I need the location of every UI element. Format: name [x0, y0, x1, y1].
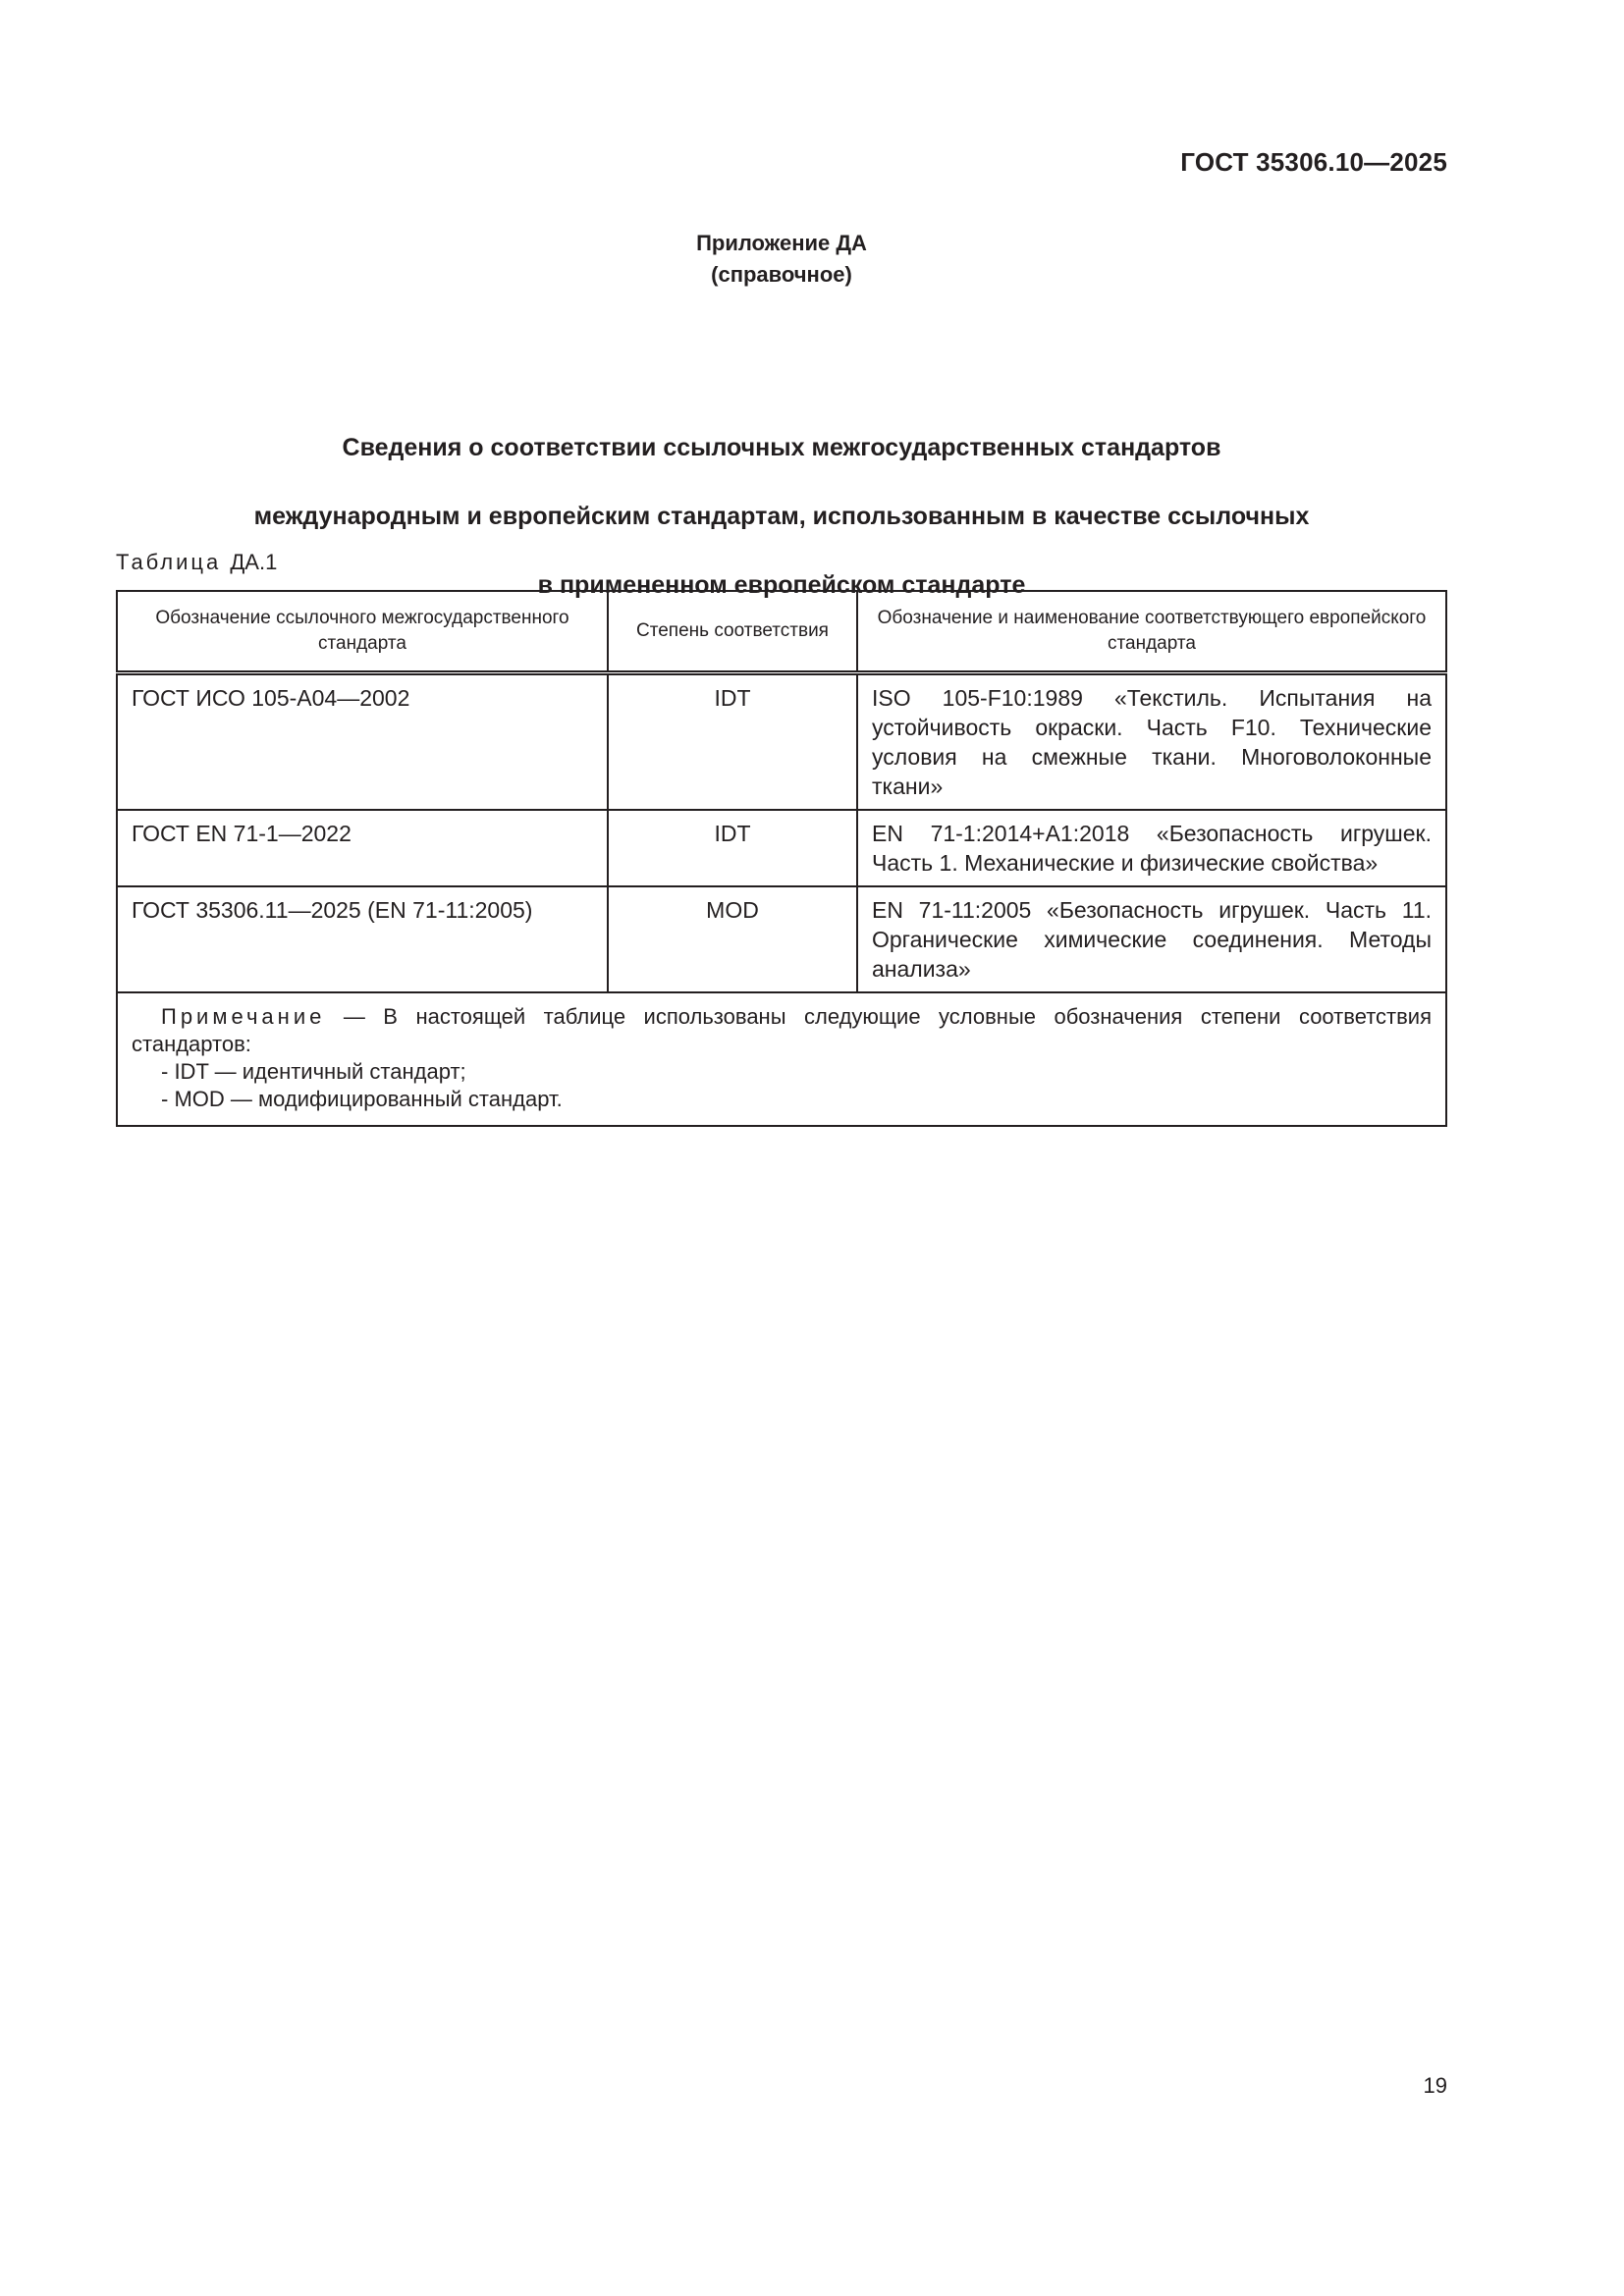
cell-european-standard: EN 71-11:2005 «Безопасность игрушек. Час…: [857, 886, 1446, 992]
section-title-line-2: международным и европейским стандартам, …: [0, 500, 1563, 534]
cell-ref-standard: ГОСТ ИСО 105-А04—2002: [117, 673, 608, 811]
appendix-title: Приложение ДА: [0, 228, 1563, 259]
note-paragraph: Примечание — В настоящей таблице использ…: [132, 1003, 1432, 1058]
appendix-heading: Приложение ДА (справочное): [0, 228, 1563, 291]
note-lead: Примечание: [161, 1004, 325, 1029]
table-row: ГОСТ EN 71-1—2022 IDT EN 71-1:2014+A1:20…: [117, 810, 1446, 886]
appendix-type: (справочное): [0, 259, 1563, 291]
cell-european-standard: EN 71-1:2014+A1:2018 «Безопасность игруш…: [857, 810, 1446, 886]
table-note: Примечание — В настоящей таблице использ…: [117, 992, 1446, 1126]
table-caption: Таблица ДА.1: [116, 550, 277, 575]
correspondence-table: Обозначение ссылочного межгосударственно…: [116, 590, 1447, 1127]
cell-european-standard: ISO 105-F10:1989 «Текстиль. Испытания на…: [857, 673, 1446, 811]
cell-degree: MOD: [608, 886, 857, 992]
column-header-ref-standard: Обозначение ссылочного межгосударственно…: [117, 591, 608, 673]
section-title-line-1: Сведения о соответствии ссылочных межгос…: [0, 431, 1563, 465]
note-item: - IDT — идентичный стандарт;: [132, 1058, 1432, 1086]
cell-degree: IDT: [608, 673, 857, 811]
note-item: - MOD — модифицированный стандарт.: [132, 1086, 1432, 1113]
table-row: ГОСТ ИСО 105-А04—2002 IDT ISO 105-F10:19…: [117, 673, 1446, 811]
document-code: ГОСТ 35306.10—2025: [1180, 147, 1447, 178]
note-list: - IDT — идентичный стандарт; - MOD — мод…: [132, 1058, 1432, 1113]
cell-ref-standard: ГОСТ 35306.11—2025 (EN 71-11:2005): [117, 886, 608, 992]
table-row: ГОСТ 35306.11—2025 (EN 71-11:2005) MOD E…: [117, 886, 1446, 992]
note-text: — В настоящей таблице использованы следу…: [132, 1004, 1432, 1056]
table-note-row: Примечание — В настоящей таблице использ…: [117, 992, 1446, 1126]
cell-degree: IDT: [608, 810, 857, 886]
table-caption-label: Таблица: [116, 550, 221, 574]
page-number: 19: [1424, 2073, 1447, 2099]
cell-ref-standard: ГОСТ EN 71-1—2022: [117, 810, 608, 886]
table-caption-number: ДА.1: [230, 550, 277, 574]
column-header-degree: Степень соответствия: [608, 591, 857, 673]
column-header-european-standard: Обозначение и наименование соответствующ…: [857, 591, 1446, 673]
table-header-row: Обозначение ссылочного межгосударственно…: [117, 591, 1446, 673]
